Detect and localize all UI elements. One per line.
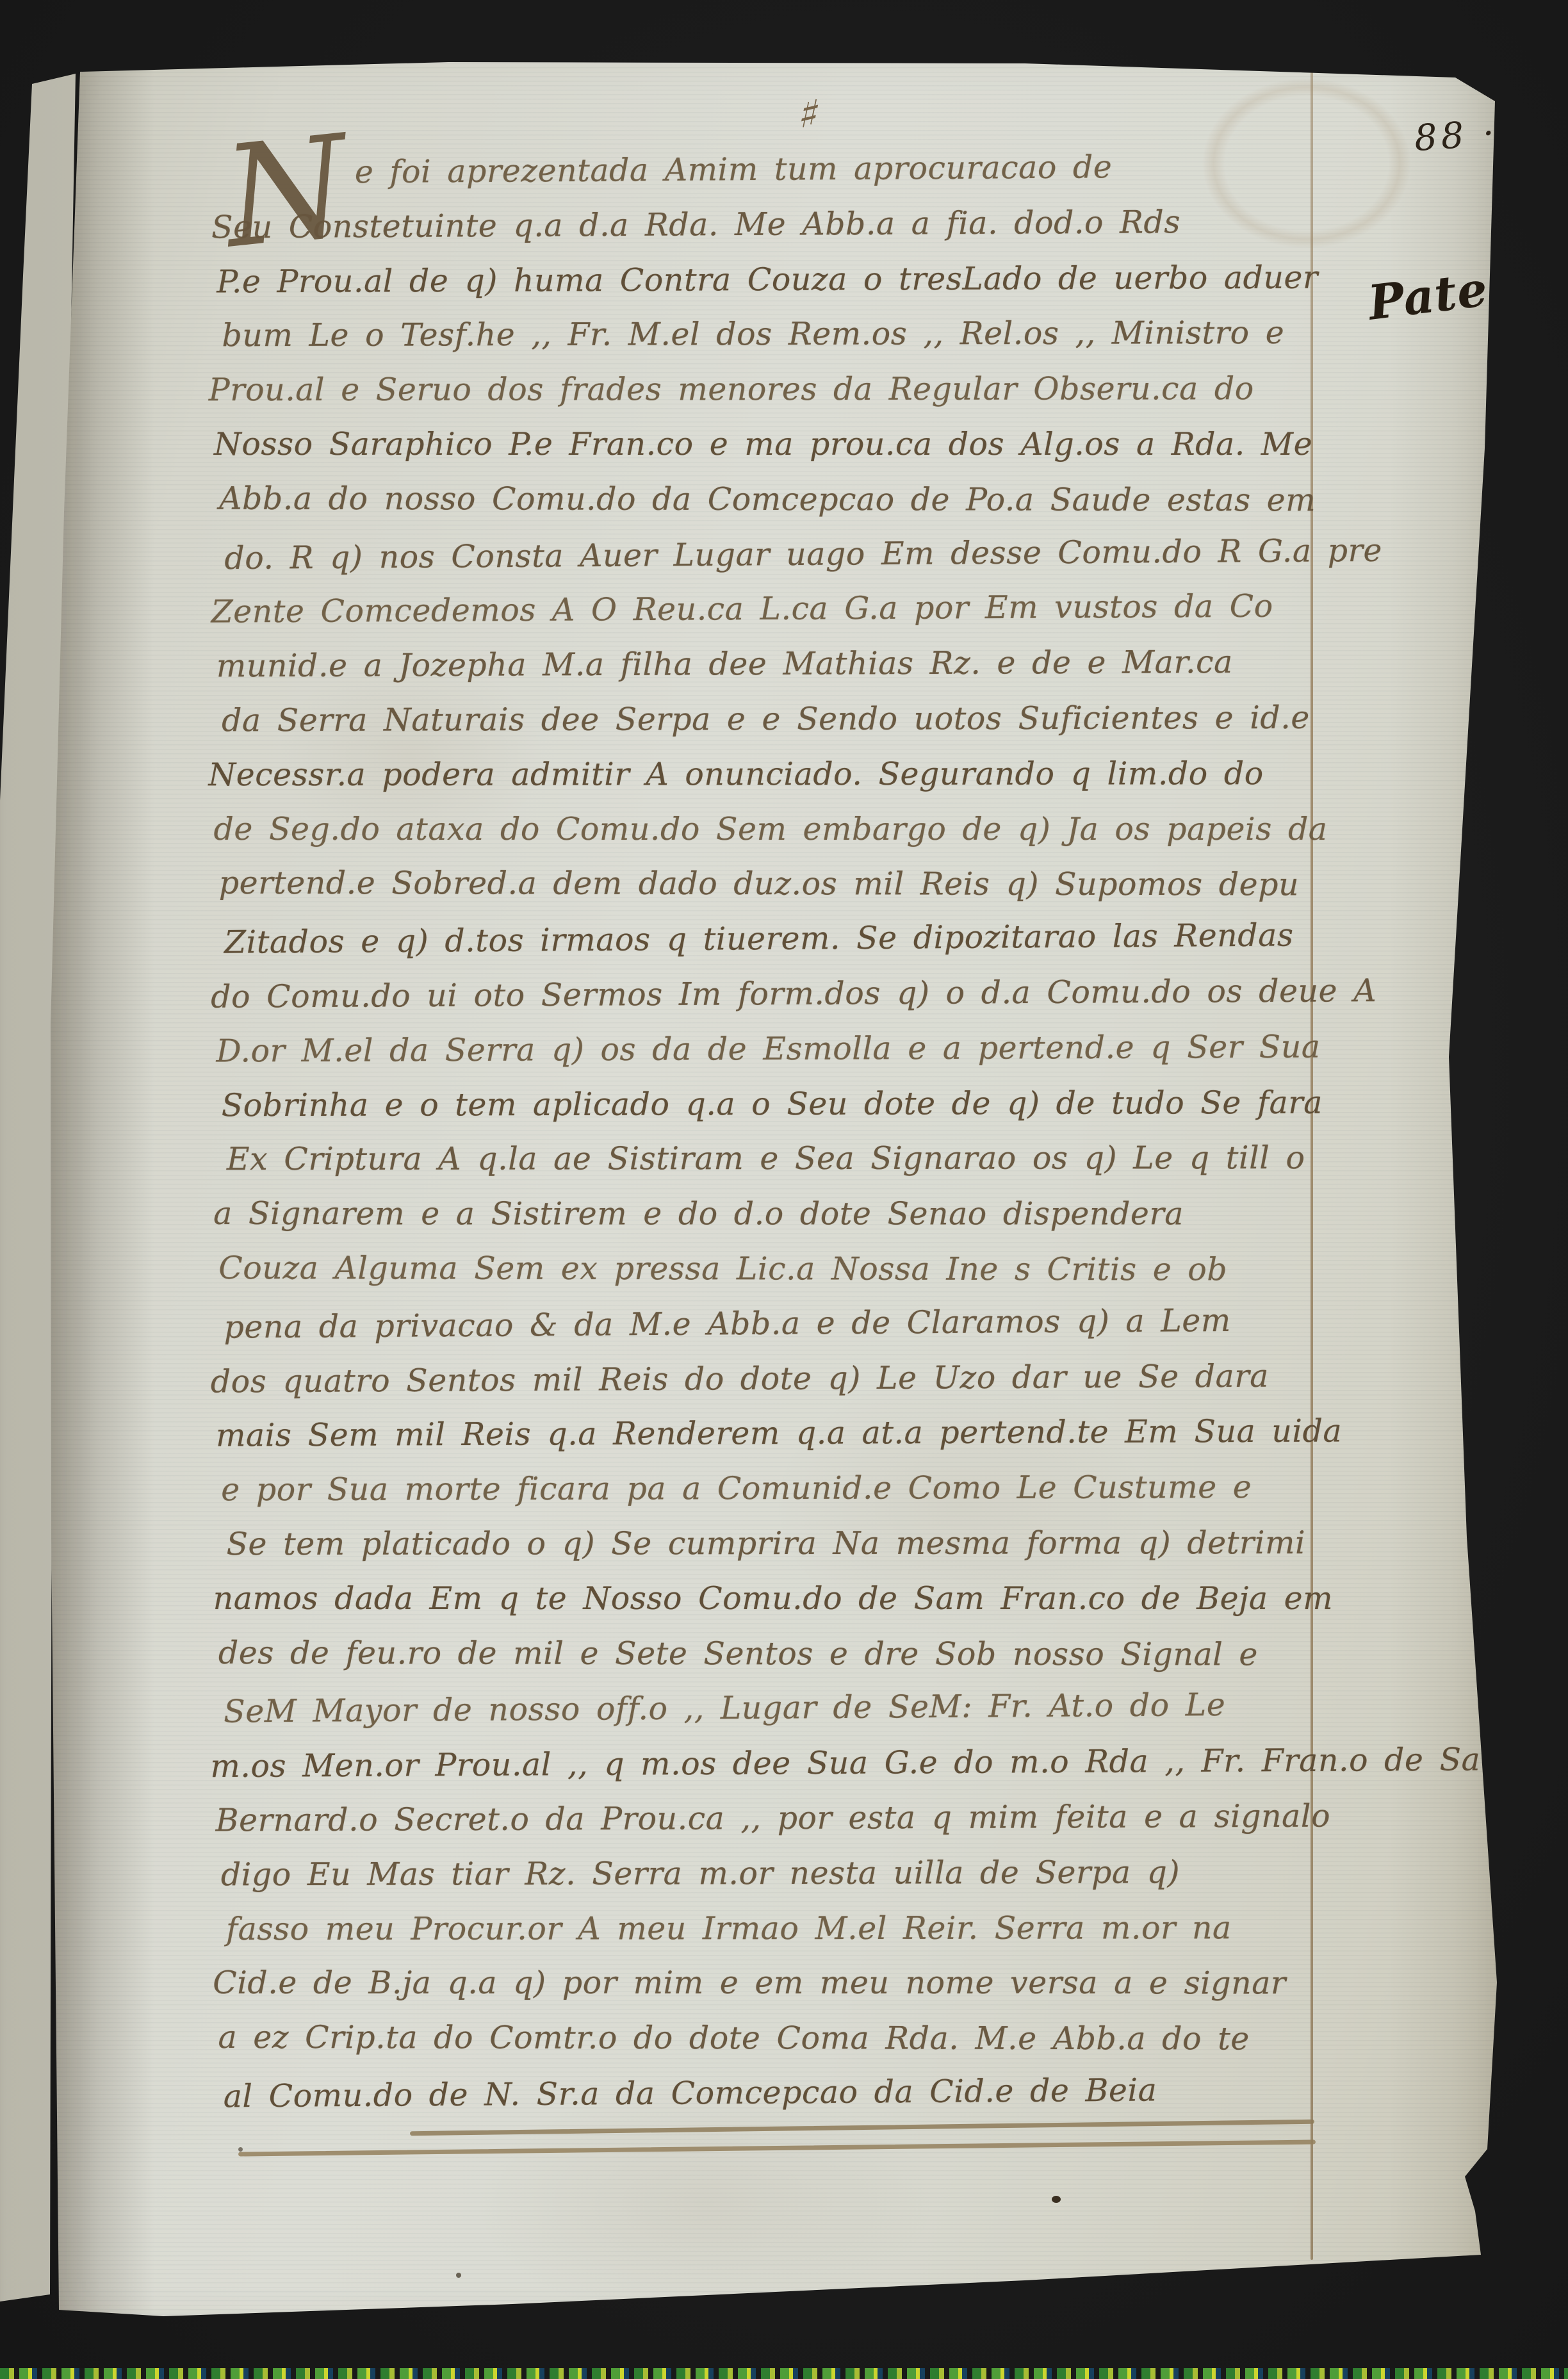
paper-vignette — [0, 0, 1568, 2379]
color-calibration-bar — [0, 2368, 1568, 2379]
photographed-book-page: ♯ 88 ··· Pate. N e foi aprezentada Amim … — [0, 0, 1568, 2379]
manuscript-page: ♯ 88 ··· Pate. N e foi aprezentada Amim … — [0, 0, 1568, 2379]
